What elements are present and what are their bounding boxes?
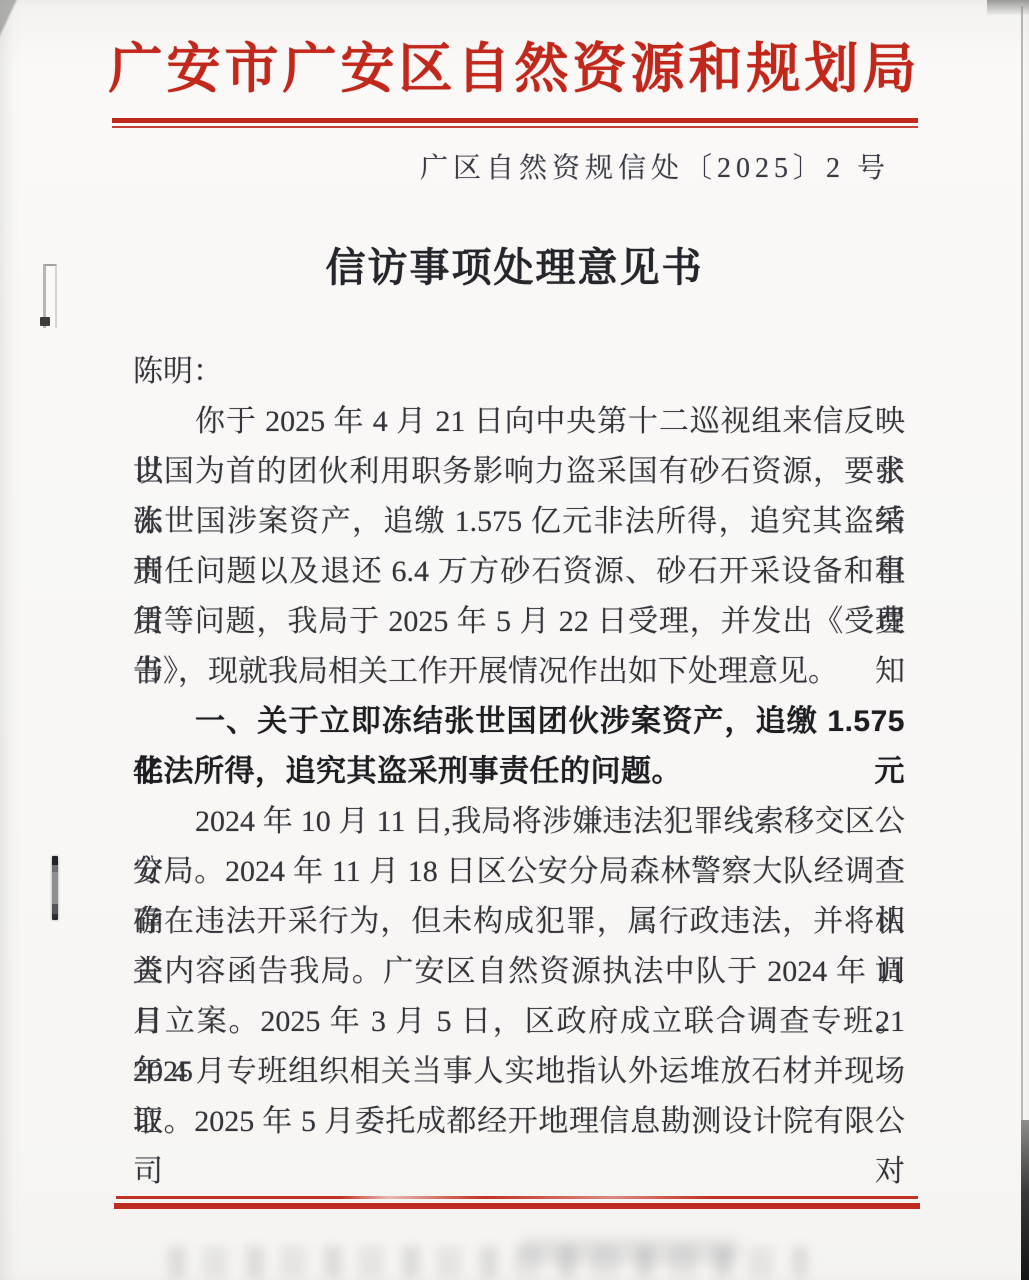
document-reference-number: 广区自然资规信处〔2025〕2 号 [420, 146, 890, 186]
letterhead-rule-thin [112, 126, 918, 128]
staple-mark-bottom-icon [52, 856, 58, 920]
footer-rule-thick [114, 1203, 920, 1209]
body-line: 你于 2025 年 4 月 21 日向中央第十二巡视组来信反映以张 [133, 397, 905, 447]
document-body: 陈明： 你于 2025 年 4 月 21 日向中央第十二巡视组来信反映以张 世国… [133, 347, 905, 1147]
body-line: 证。2025 年 5 月委托成都经开地理信息勘测设计院有限公司对 [133, 1097, 905, 1147]
body-line: 查内容函告我局。广安区自然资源执法中队于 2024 年 11 月 21 [133, 947, 905, 997]
scan-paper-edge-shadow [1021, 1120, 1029, 1280]
body-line: 张世国涉案资产，追缴 1.575 亿元非法所得，追究其盗采刑事 [133, 497, 905, 547]
body-line: 2024 年 10 月 11 日,我局将涉嫌违法犯罪线索移交区公安 [133, 797, 905, 847]
footer-rule-thin [116, 1196, 918, 1199]
body-line: 分局。2024 年 11 月 18 日区公安分局森林警察大队经调查确认 [133, 847, 905, 897]
body-line: 书》，现就我局相关工作开展情况作出如下处理意见。 [133, 647, 905, 697]
body-line: 世国为首的团伙利用职务影响力盗采国有砂石资源，要求冻结 [133, 447, 905, 497]
letterhead-rule-thick [112, 118, 918, 123]
next-page-bleed-through [520, 1238, 740, 1264]
salutation: 陈明： [133, 347, 905, 397]
staple-mark-top-tip [40, 317, 50, 326]
letterhead-agency-name: 广安市广安区自然资源和规划局 [0, 36, 1029, 102]
document-title: 信访事项处理意见书 [0, 240, 1029, 296]
body-line: 年 4 月专班组织相关当事人实地指认外运堆放石材并现场取 [133, 1047, 905, 1097]
section-heading-line: 一、关于立即冻结张世国团伙涉案资产，追缴 1.575 亿元 [133, 697, 905, 747]
body-line: 用等问题，我局于 2025 年 5 月 22 日受理，并发出《受理告知 [133, 597, 905, 647]
body-line: 存在违法开采行为，但未构成犯罪，属行政违法，并将相关调 [133, 897, 905, 947]
scan-paper-edge-line [1021, 6, 1023, 1136]
scanned-document-page: 广安市广安区自然资源和规划局 广区自然资规信处〔2025〕2 号 信访事项处理意… [0, 0, 1029, 1280]
body-line: 责任问题以及退还 6.4 万方砂石资源、砂石开采设备和租赁费 [133, 547, 905, 597]
body-line: 日立案。2025 年 3 月 5 日，区政府成立联合调查专班。2025 [133, 997, 905, 1047]
